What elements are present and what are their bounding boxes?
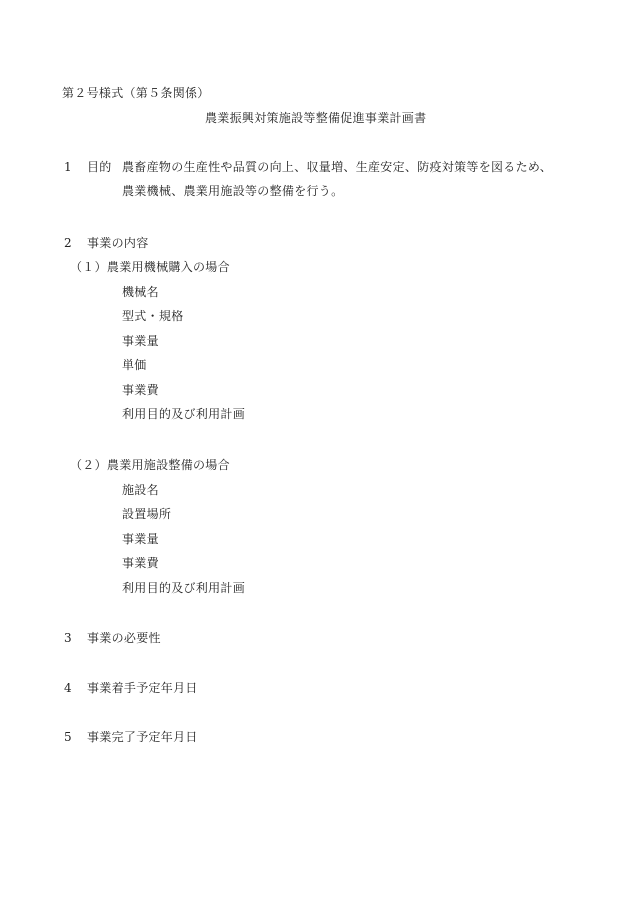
section-heading: 目的 (87, 160, 112, 174)
subsection-label: （２）農業用施設整備の場合 (70, 458, 230, 472)
section-number: 1 (64, 160, 72, 174)
field-quantity: 事業量 (122, 334, 159, 348)
field-model-spec: 型式・規格 (122, 309, 184, 323)
section-heading: 事業の内容 (87, 236, 149, 250)
purpose-text-line-2: 農業機械、農業用施設等の整備を行う。 (122, 184, 343, 198)
purpose-text-line-1: 農畜産物の生産性や品質の向上、収量増、生産安定、防疫対策等を図るため、 (122, 160, 552, 174)
field-unit-price: 単価 (122, 358, 147, 372)
form-label: 第２号様式（第５条関係） (62, 86, 210, 100)
section-number: 5 (64, 730, 72, 744)
field-quantity: 事業量 (122, 532, 159, 546)
section-heading: 事業の必要性 (87, 631, 161, 645)
section-number: 4 (64, 681, 72, 695)
field-usage-plan: 利用目的及び利用計画 (122, 407, 245, 421)
section-number: 3 (64, 631, 72, 645)
document-title: 農業振興対策施設等整備促進事業計画書 (205, 111, 426, 125)
field-project-cost: 事業費 (122, 556, 159, 570)
field-machine-name: 機械名 (122, 285, 159, 299)
field-location: 設置場所 (122, 507, 171, 521)
subsection-label: （１）農業用機械購入の場合 (70, 260, 230, 274)
field-facility-name: 施設名 (122, 483, 159, 497)
section-heading: 事業完了予定年月日 (87, 730, 198, 744)
field-project-cost: 事業費 (122, 383, 159, 397)
section-heading: 事業着手予定年月日 (87, 681, 198, 695)
field-usage-plan: 利用目的及び利用計画 (122, 581, 245, 595)
section-number: 2 (64, 236, 72, 250)
